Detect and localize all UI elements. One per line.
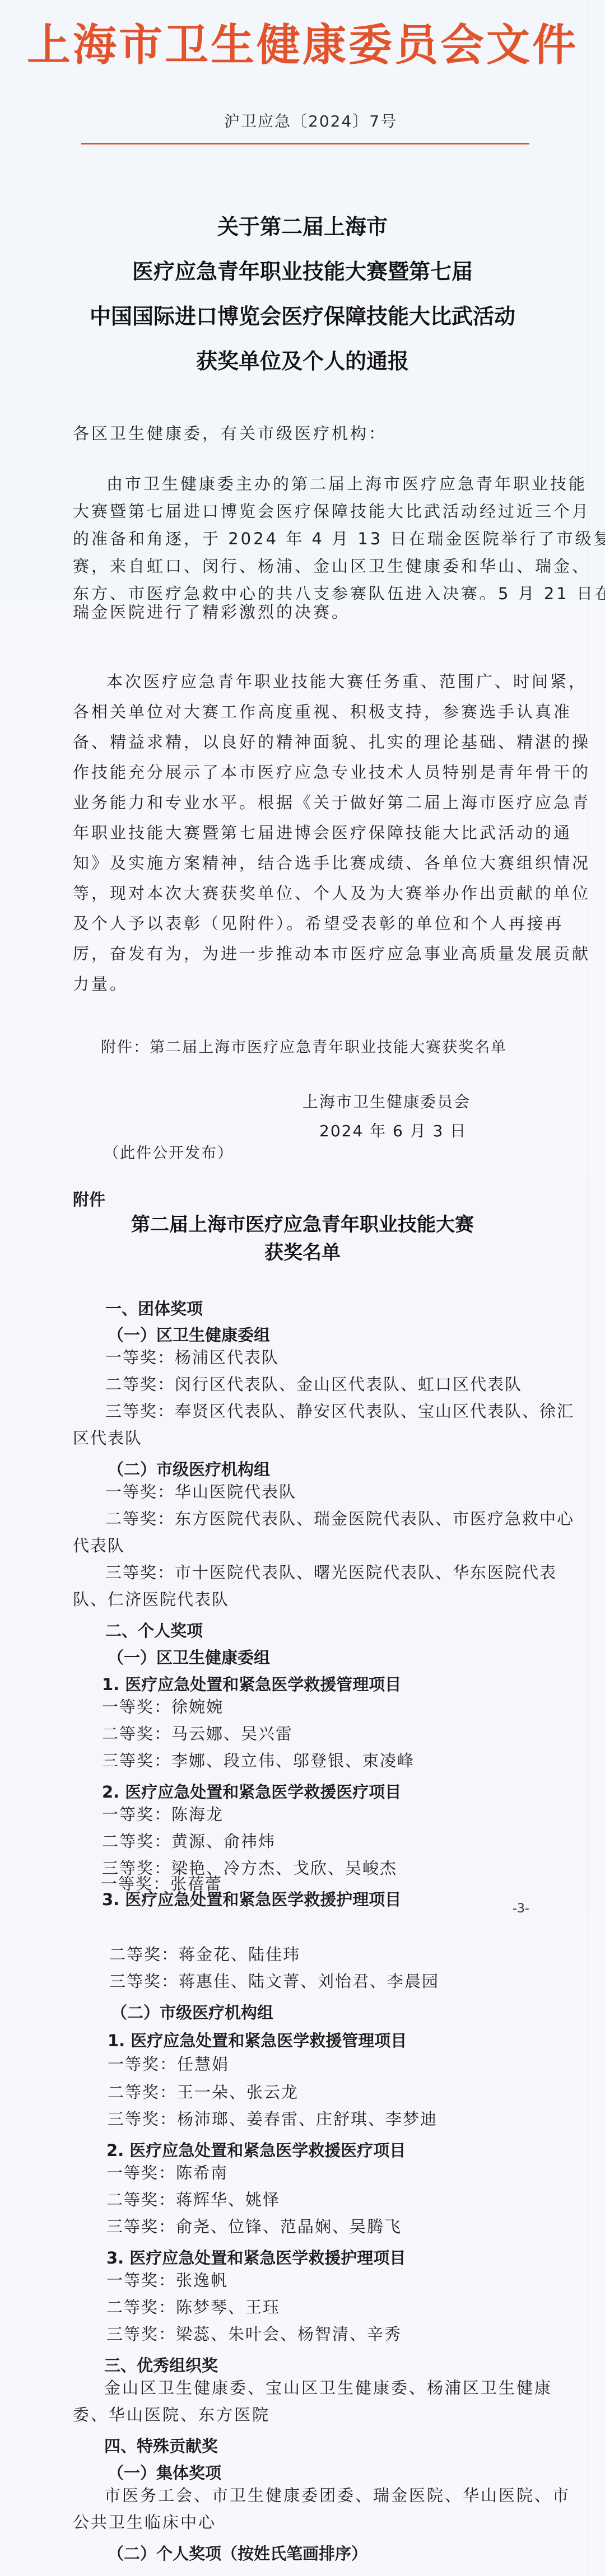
individual-municipal-group-heading: （二）市级医疗机构组 — [111, 2000, 273, 2023]
municipal-project-1-name: 1. 医疗应急处置和紧急医学救援管理项目 — [108, 2028, 407, 2051]
paragraph2-line: 作技能充分展示了本市医疗应急专业技术人员特别是青年骨干的 — [73, 764, 590, 781]
district-project-3-second: 二等奖：蒋金花、陆佳玮 — [109, 1947, 300, 1963]
district-project-3-third: 三等奖：蒋惠佳、陆文菁、刘怡君、李晨园 — [109, 1973, 439, 1990]
paragraph2-line: 力量。 — [73, 976, 128, 992]
paragraph2-line: 及个人予以表彰（见附件）。希望受表彰的单位和个人再接再 — [73, 916, 564, 932]
organization-award-line-2: 委、华山医院、东方医院 — [73, 2407, 270, 2423]
municipal-project-2-name: 2. 医疗应急处置和紧急医学救援医疗项目 — [106, 2138, 406, 2161]
municipal-project-2-third: 三等奖：俞尧、位锋、范晶娴、吴腾飞 — [106, 2219, 402, 2235]
notice-title-line-3: 中国国际进口博览会医疗保障技能大比武活动 — [0, 306, 605, 327]
district-project-2-first: 一等奖：陈海龙 — [102, 1807, 224, 1823]
individual-district-group-heading: （一）区卫生健康委组 — [108, 1645, 270, 1668]
page-2: 瑞金医院进行了精彩激烈的决赛。 本次医疗应急青年职业技能大赛任务重、范围广、时间… — [0, 600, 605, 1172]
paragraph1-line: 的准备和角逐，于 2024 年 4 月 13 日在瑞金医院举行了市级复 — [73, 531, 605, 547]
notice-title-line-4: 获奖单位及个人的通报 — [0, 351, 605, 372]
team-district-first: 一等奖：杨浦区代表队 — [105, 1350, 279, 1366]
municipal-project-1-second: 二等奖：王一朵、张云龙 — [108, 2084, 299, 2101]
team-district-third: 三等奖：奉贤区代表队、静安区代表队、宝山区代表队、徐汇 — [105, 1403, 574, 1420]
municipal-project-3-third: 三等奖：梁蕊、朱叶会、杨智清、辛秀 — [106, 2326, 402, 2342]
salutation: 各区卫生健康委，有关市级医疗机构： — [73, 426, 387, 442]
district-project-1-third: 三等奖：李娜、段立伟、邬登银、束凌峰 — [102, 1753, 415, 1769]
paragraph2-line: 本次医疗应急青年职业技能大赛任务重、范围广、时间紧， — [106, 674, 587, 690]
document-header-title: 上海市卫生健康委员会文件 — [0, 24, 605, 67]
municipal-project-3-first: 一等奖：张逸帆 — [106, 2272, 228, 2289]
team-awards-heading: 一、团体奖项 — [105, 1296, 203, 1319]
paragraph1-line: 赛，来自虹口、闵行、杨浦、金山区卫生健康委和华山、瑞金、 — [73, 558, 590, 575]
notice-title-line-1: 关于第二届上海市 — [0, 216, 605, 237]
team-municipal-group-heading: （二）市级医疗机构组 — [108, 1457, 270, 1480]
paragraph2-line: 各相关单位对大赛工作高度重视、积极支持，参赛选手认真准 — [73, 704, 572, 720]
annex-label: 附件 — [73, 1187, 105, 1210]
page-number: -3- — [513, 1902, 529, 1916]
annex-title-line-1: 第二届上海市医疗应急青年职业技能大赛 — [0, 1215, 605, 1234]
paragraph1-line: 东方、市医疗急救中心的共八支参赛队伍进入决赛。5 月 21 日在 — [73, 586, 605, 600]
page-4: 一等奖：张蓓蕾 — [0, 1913, 605, 2576]
district-project-1-name: 1. 医疗应急处置和紧急医学救援管理项目 — [102, 1672, 401, 1695]
team-municipal-third-cont: 队、仁济医院代表队 — [73, 1592, 229, 1608]
municipal-project-1-first: 一等奖：任慧娟 — [108, 2056, 229, 2073]
organization-award-heading: 三、优秀组织奖 — [104, 2353, 218, 2376]
special-individual-heading: （二）个人奖项（按姓氏笔画排序） — [108, 2541, 367, 2564]
team-municipal-first: 一等奖：华山医院代表队 — [105, 1484, 296, 1500]
individual-awards-heading: 二、个人奖项 — [105, 1618, 203, 1641]
document-number: 沪卫应急〔2024〕7号 — [224, 109, 397, 132]
page-1: 上海市卫生健康委员会文件 沪卫应急〔2024〕7号 关于第二届上海市 医疗应急青… — [0, 0, 605, 600]
paragraph2-line: 厉，奋发有为，为进一步推动本市医疗应急事业高质量发展贡献 — [73, 946, 590, 962]
municipal-project-2-first: 一等奖：陈希南 — [106, 2165, 228, 2181]
special-collective-line-1: 市医务工会、市卫生健康委团委、瑞金医院、华山医院、市 — [104, 2488, 570, 2504]
organization-award-line-1: 金山区卫生健康委、宝山区卫生健康委、杨浦区卫生健康 — [104, 2380, 552, 2396]
team-municipal-third: 三等奖：市十医院代表队、曙光医院代表队、华东医院代表 — [105, 1565, 557, 1581]
paragraph1-line: 由市卫生健康委主办的第二届上海市医疗应急青年职业技能 — [106, 476, 587, 492]
district-project-3-first-prize: 一等奖：张蓓蕾 — [101, 1876, 222, 1892]
attachment-note: 附件：第二届上海市医疗应急青年职业技能大赛获奖名单 — [101, 1040, 507, 1055]
team-district-second: 二等奖：闵行区代表队、金山区代表队、虹口区代表队 — [105, 1376, 522, 1393]
district-project-2-name: 2. 医疗应急处置和紧急医学救援医疗项目 — [102, 1780, 401, 1803]
paragraph2-line: 业务能力和专业水平。根据《关于做好第二届上海市医疗应急青 — [73, 795, 590, 811]
signature-organization: 上海市卫生健康委员会 — [302, 1090, 471, 1112]
paragraph2-line: 备、精益求精，以良好的精神面貌、扎实的理论基础、精湛的操 — [73, 734, 590, 750]
team-district-group-heading: （一）区卫生健康委组 — [108, 1323, 270, 1346]
page-3: 附件 第二届上海市医疗应急青年职业技能大赛 获奖名单 一、团体奖项 （一）区卫生… — [0, 1172, 605, 1913]
municipal-project-1-third: 三等奖：杨沛瑯、姜春雷、庄舒琪、李梦迪 — [108, 2111, 438, 2127]
team-municipal-second-cont: 代表队 — [73, 1538, 125, 1554]
red-divider-line — [81, 143, 529, 144]
signature-date: 2024 年 6 月 3 日 — [319, 1119, 467, 1141]
municipal-project-3-name: 3. 医疗应急处置和紧急医学救援护理项目 — [106, 2246, 406, 2269]
paragraph2-line: 知》及实施方案精神，结合选手比赛成绩、各单位大赛组织情况 — [73, 855, 590, 871]
municipal-project-2-second: 二等奖：蒋辉华、姚怿 — [106, 2192, 280, 2208]
district-project-2-second: 二等奖：黄源、俞祎炜 — [102, 1833, 276, 1850]
team-municipal-second: 二等奖：东方医院代表队、瑞金医院代表队、市医疗急救中心 — [105, 1511, 574, 1527]
publication-note: （此件公开发布） — [104, 1146, 234, 1161]
paragraph1-line: 瑞金医院进行了精彩激烈的决赛。 — [73, 604, 350, 620]
paragraph1-line: 大赛暨第七届进口博览会医疗保障技能大比武活动经过近三个月 — [73, 503, 590, 520]
municipal-project-3-second: 二等奖：陈梦琴、王珏 — [106, 2299, 280, 2316]
paragraph2-line: 等，现对本次大赛获奖单位、个人及为大赛举办作出贡献的单位 — [73, 885, 590, 902]
paragraph2-line: 年职业技能大赛暨第七届进博会医疗保障技能大比武活动的通 — [73, 825, 572, 841]
notice-title-line-2: 医疗应急青年职业技能大赛暨第七届 — [0, 261, 605, 282]
special-contribution-heading: 四、特殊贡献奖 — [104, 2434, 218, 2457]
team-district-third-cont: 区代表队 — [73, 1430, 142, 1446]
special-collective-line-2: 公共卫生临床中心 — [73, 2514, 216, 2531]
district-project-1-first: 一等奖：徐婉婉 — [102, 1699, 224, 1715]
district-project-1-second: 二等奖：马云娜、吴兴雷 — [102, 1726, 293, 1742]
annex-title-line-2: 获奖名单 — [0, 1243, 605, 1262]
special-collective-heading: （一）集体奖项 — [108, 2461, 221, 2484]
